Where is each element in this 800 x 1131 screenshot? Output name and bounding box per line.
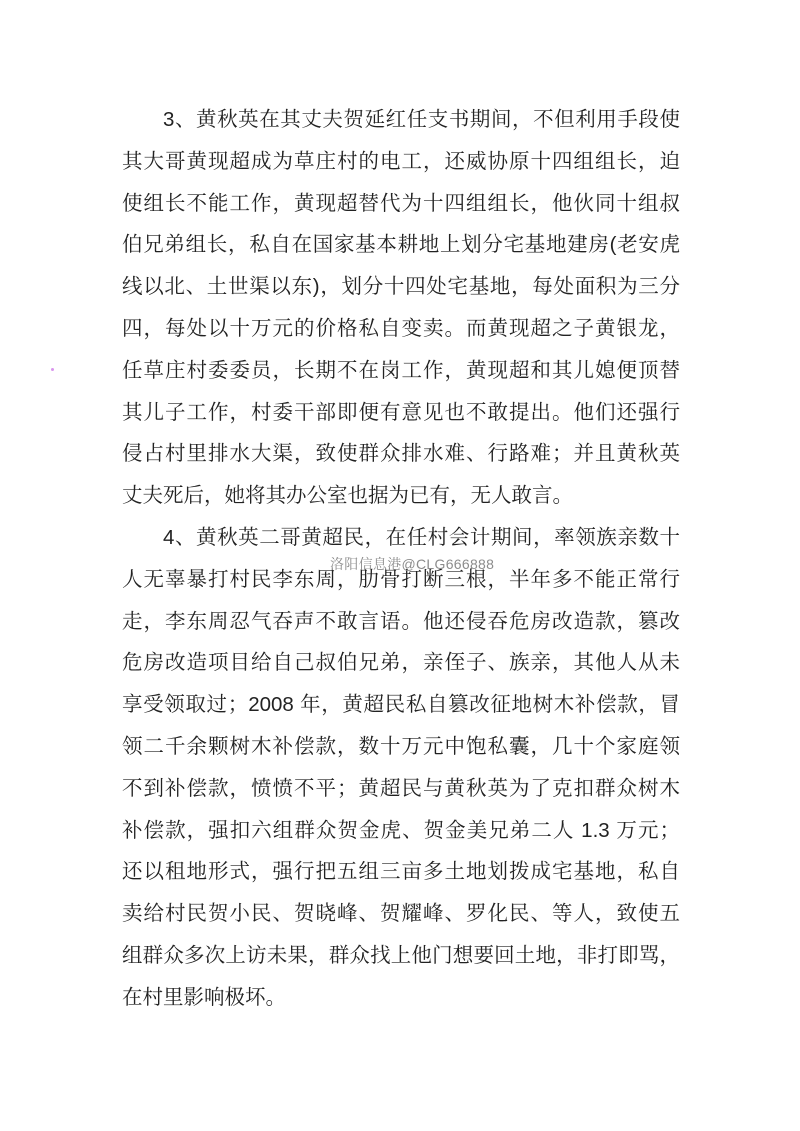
text-line: 享受领取过；2008 年，黄超民私自篡改征地树木补偿款，冒 (122, 684, 680, 726)
text-line: 走，李东周忍气吞声不敢言语。他还侵吞危房改造款，篡改 (122, 601, 680, 643)
text-line: 使组长不能工作，黄现超替代为十四组组长，他伙同十组叔 (122, 183, 680, 225)
document-page: 3、黄秋英在其丈夫贺延红任支书期间，不但利用手段使 其大哥黄现超成为草庄村的电工… (0, 0, 800, 1131)
text-line: 不到补偿款，愤愤不平；黄超民与黄秋英为了克扣群众树木 (122, 768, 680, 810)
text-line: 组群众多次上访未果，群众找上他门想要回土地，非打即骂， (122, 935, 680, 977)
text-line: 丈夫死后，她将其办公室也据为已有，无人敢言。 (122, 475, 680, 517)
text-line: 还以租地形式，强行把五组三亩多土地划拨成宅基地，私自 (122, 851, 680, 893)
text-line: 领二千余颗树木补偿款，数十万元中饱私囊，几十个家庭领 (122, 726, 680, 768)
paragraph-item-4: 4、黄秋英二哥黄超民，在任村会计期间，率领族亲数十 人无辜暴打村民李东周，肋骨打… (122, 517, 680, 1019)
text-line: 其儿子工作，村委干部即便有意见也不敢提出。他们还强行 (122, 392, 680, 434)
text-line: 补偿款，强扣六组群众贺金虎、贺金美兄弟二人 1.3 万元； (122, 810, 680, 852)
text-line: 在村里影响极坏。 (122, 977, 680, 1019)
text-line: 侵占村里排水大渠，致使群众排水难、行路难；并且黄秋英 (122, 433, 680, 475)
pixel-speck (51, 368, 54, 371)
text-line: 线以北、土世渠以东)，划分十四处宅基地，每处面积为三分 (122, 266, 680, 308)
text-line: 伯兄弟组长，私自在国家基本耕地上划分宅基地建房(老安虎 (122, 224, 680, 266)
paragraph-item-3: 3、黄秋英在其丈夫贺延红任支书期间，不但利用手段使 其大哥黄现超成为草庄村的电工… (122, 99, 680, 517)
text-line: 3、黄秋英在其丈夫贺延红任支书期间，不但利用手段使 (122, 99, 680, 141)
watermark: 洛阳信息港@CLG666888 (330, 555, 494, 573)
text-line: 卖给村民贺小民、贺晓峰、贺耀峰、罗化民、等人，致使五 (122, 893, 680, 935)
text-line: 其大哥黄现超成为草庄村的电工，还威协原十四组组长，迫 (122, 141, 680, 183)
text-line: 任草庄村委委员，长期不在岗工作，黄现超和其儿媳便顶替 (122, 350, 680, 392)
text-line: 4、黄秋英二哥黄超民，在任村会计期间，率领族亲数十 (122, 517, 680, 559)
text-line: 四，每处以十万元的价格私自变卖。而黄现超之子黄银龙， (122, 308, 680, 350)
text-line: 危房改造项目给自己叔伯兄弟，亲侄子、族亲，其他人从未 (122, 642, 680, 684)
